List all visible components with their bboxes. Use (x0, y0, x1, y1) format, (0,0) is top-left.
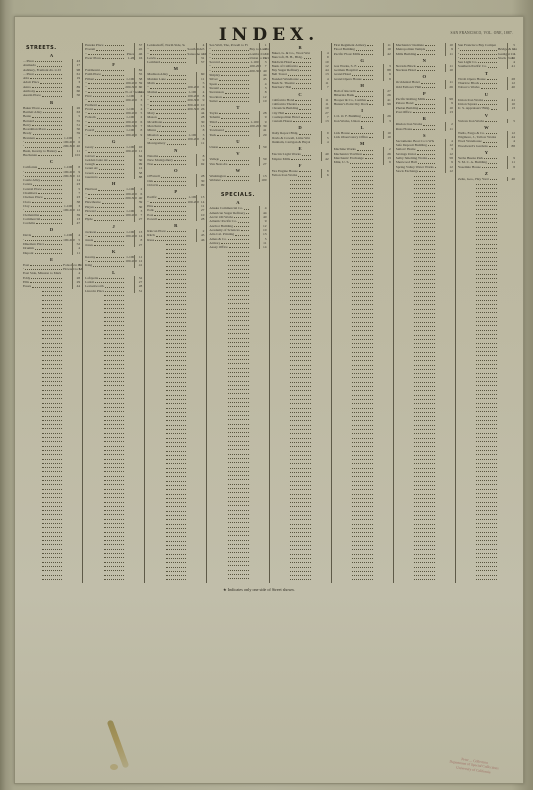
letter-heading: F (85, 62, 142, 67)
leader-dots (42, 459, 63, 460)
letter-heading: J (85, 224, 142, 229)
letter-heading: W (209, 168, 266, 173)
leader-dots (150, 96, 187, 97)
entry-range: 200-300 (250, 69, 259, 73)
leader-dots (476, 420, 497, 421)
entry-page: 101 (72, 153, 80, 157)
leader-dots (104, 484, 125, 485)
leader-dots (212, 67, 249, 68)
leader-dots (290, 296, 311, 297)
leader-dots (352, 206, 373, 207)
leader-dots (352, 545, 373, 546)
leader-dots (42, 446, 63, 447)
leader-dots (25, 142, 62, 143)
leader-dots (42, 463, 63, 464)
leader-dots (290, 274, 311, 275)
leader-dots (285, 113, 310, 114)
leader-dots (414, 455, 435, 456)
entry-page: 27 (134, 243, 142, 247)
entry-page: 40 (507, 85, 515, 89)
leader-dots (290, 283, 311, 284)
leader-dots (42, 454, 63, 455)
leader-dots (228, 462, 249, 463)
leader-dots (352, 562, 373, 563)
footnote: ★ Indicates only one side of Street show… (223, 587, 295, 592)
entry-name: Yosemite House (458, 165, 481, 169)
leader-dots (352, 330, 373, 331)
leader-dots (42, 566, 63, 567)
leader-dots (218, 122, 248, 123)
leader-dots (476, 532, 497, 533)
leader-dots (476, 377, 497, 378)
leader-dots (166, 420, 187, 421)
leader-dots (414, 498, 435, 499)
leader-dots (290, 231, 311, 232)
leader-dots (290, 377, 311, 378)
leader-dots (290, 253, 311, 254)
leader-dots (25, 172, 62, 173)
leader-dots (104, 407, 125, 408)
index-entry: Jones27 (85, 243, 142, 247)
leader-dots (42, 527, 63, 528)
leader-dots (290, 365, 311, 366)
leader-dots (476, 553, 497, 554)
leader-dots (301, 117, 311, 118)
leader-dots (229, 164, 249, 165)
leader-dots (290, 485, 311, 486)
leader-dots (476, 459, 497, 460)
index-entry: Octavia99 (147, 183, 204, 187)
leader-dots (302, 155, 311, 156)
leader-dots (414, 223, 435, 224)
leader-dots (476, 544, 497, 545)
leader-dots (290, 476, 311, 477)
leader-dots (476, 196, 497, 197)
leader-dots (40, 215, 62, 216)
index-entry: "100-2009 (85, 133, 142, 137)
leader-dots (42, 502, 63, 503)
leader-dots (42, 540, 63, 541)
leader-dots (352, 335, 373, 336)
leader-dots (414, 532, 435, 533)
leader-dots (94, 220, 125, 221)
entry-page: 88 (507, 144, 515, 148)
leader-dots (414, 481, 435, 482)
leader-dots (414, 335, 435, 336)
letter-heading: I (334, 108, 391, 113)
leader-dots (363, 154, 373, 155)
leader-dots (295, 100, 310, 101)
index-column: BBaker, G. & Co., Wool Warehouse4Bancrof… (270, 43, 332, 583)
leader-dots (476, 566, 497, 567)
leader-dots (104, 575, 125, 576)
leader-dots (476, 519, 497, 520)
leader-dots (414, 558, 435, 559)
leader-dots (228, 342, 249, 343)
entry-page: 100 (259, 178, 267, 182)
leader-dots (352, 416, 373, 417)
water-stain (107, 719, 130, 768)
leader-dots (42, 338, 63, 339)
leader-dots (414, 442, 435, 443)
leader-dots (414, 193, 435, 194)
leader-dots (42, 523, 63, 524)
leader-dots (290, 326, 311, 327)
leader-dots (42, 304, 63, 305)
leader-dots (104, 347, 125, 348)
leader-dots (476, 317, 497, 318)
entry-name: Second (209, 60, 219, 64)
leader-dots (161, 62, 186, 63)
leader-dots (476, 300, 497, 301)
leader-dots (166, 558, 187, 559)
leader-dots (166, 498, 187, 499)
leader-dots (352, 438, 373, 439)
leader-dots (476, 403, 497, 404)
page-subtitle: SAN FRANCISCO, VOL. ONE, 1887. (451, 31, 513, 35)
leader-dots (290, 352, 311, 353)
leader-dots (290, 562, 311, 563)
leader-dots (361, 121, 373, 122)
leader-dots (31, 206, 63, 207)
leader-dots (38, 168, 62, 169)
entry-name: Hyde (85, 217, 93, 221)
leader-dots (58, 151, 62, 152)
leader-dots (42, 476, 63, 477)
index-entry: U. S. Appraisers' Bldg.13 (458, 106, 515, 110)
leader-dots (352, 339, 373, 340)
leader-dots (104, 489, 125, 490)
leader-dots (212, 54, 249, 55)
entry-name: Noe (147, 162, 153, 166)
entry-name: U. S. Appraisers' Bldg. (458, 106, 490, 110)
leader-dots (42, 484, 63, 485)
leader-dots (352, 386, 373, 387)
leader-dots (161, 177, 187, 178)
leader-dots (352, 408, 373, 409)
leader-dots (228, 424, 249, 425)
leader-dots (352, 352, 373, 353)
leader-dots (36, 91, 62, 92)
leader-dots (166, 296, 187, 297)
leader-dots (104, 544, 125, 545)
leader-dots (290, 446, 311, 447)
leader-dots (228, 269, 249, 270)
leader-dots (104, 493, 125, 494)
leader-dots (228, 535, 249, 536)
leader-dots (291, 159, 311, 160)
leader-dots (414, 313, 435, 314)
leader-dots (352, 446, 373, 447)
index-entry: Guerrero88 (85, 175, 142, 179)
leader-dots (290, 408, 311, 409)
leader-dots (228, 531, 249, 532)
leader-dots (288, 75, 311, 76)
leader-dots (290, 536, 311, 537)
leader-dots (104, 471, 125, 472)
leader-dots (352, 519, 373, 520)
leader-dots (290, 227, 311, 228)
leader-dots (221, 118, 248, 119)
leader-dots (414, 416, 435, 417)
leader-dots (150, 50, 187, 51)
entry-range: 100-200 (125, 98, 134, 102)
leader-dots (352, 506, 373, 507)
entry-page: 11 (445, 127, 453, 131)
leader-dots (42, 433, 63, 434)
letter-heading: F (272, 163, 329, 168)
leader-dots (246, 213, 248, 214)
leader-dots (299, 66, 311, 67)
leader-dots (228, 363, 249, 364)
leader-dots (228, 471, 249, 472)
leader-dots (166, 365, 187, 366)
entry-name: Sea Wall, The, Powell to Fremont (209, 43, 247, 47)
leader-dots (414, 330, 435, 331)
entry-page: 14 (259, 245, 267, 249)
leader-dots (476, 398, 497, 399)
leader-dots (480, 83, 497, 84)
leader-dots (166, 270, 187, 271)
leader-dots (417, 150, 435, 151)
leader-dots (166, 511, 187, 512)
letter-heading: U (458, 92, 515, 97)
leader-dots (228, 325, 249, 326)
leader-dots (483, 142, 497, 143)
leader-dots (417, 66, 435, 67)
leader-dots (228, 561, 249, 562)
entry-page: 3 (383, 119, 391, 123)
leader-dots (352, 287, 373, 288)
leader-dots (476, 454, 497, 455)
leader-dots (32, 117, 62, 118)
leader-dots (476, 394, 497, 395)
leader-dots (352, 489, 373, 490)
letter-heading: B (23, 100, 80, 105)
leader-dots (166, 287, 187, 288)
index-entry: Iron Works, Union3 (334, 119, 391, 123)
leader-dots (42, 489, 63, 490)
leader-dots (220, 88, 248, 89)
entry-name (396, 581, 414, 583)
leader-dots (166, 339, 187, 340)
leader-dots (104, 437, 125, 438)
entry-name (458, 581, 476, 583)
leader-dots (104, 532, 125, 533)
leader-dots (476, 330, 497, 331)
leader-dots (414, 266, 435, 267)
leader-dots (104, 527, 125, 528)
letter-heading: P (147, 189, 204, 194)
leader-dots (290, 420, 311, 421)
entry-name: Lick Observatory Office (334, 135, 368, 139)
leader-dots (42, 325, 63, 326)
leader-dots (42, 360, 63, 361)
leader-dots (484, 100, 497, 101)
entry-page: 26 (445, 85, 453, 89)
leader-dots (476, 390, 497, 391)
leader-dots (362, 117, 373, 118)
leader-dots (104, 394, 125, 395)
index-column: First Regiment Armory11Flood Building10P… (332, 43, 394, 583)
leader-dots (219, 113, 248, 114)
leader-dots (166, 309, 187, 310)
leader-dots (228, 277, 249, 278)
leader-dots (35, 121, 62, 122)
leader-dots (104, 428, 125, 429)
leader-dots (42, 394, 63, 395)
leader-dots (221, 75, 248, 76)
leader-dots (290, 459, 311, 460)
leader-dots (352, 459, 373, 460)
leader-dots (228, 570, 249, 571)
leader-dots (228, 320, 249, 321)
leader-dots (290, 558, 311, 559)
leader-dots (166, 335, 187, 336)
leader-dots (476, 467, 497, 468)
leader-dots (415, 104, 435, 105)
index-entry: Odd Fellows' Hall26 (396, 85, 453, 89)
leader-dots (476, 239, 497, 240)
leader-dots (414, 261, 435, 262)
scanned-page-background: INDEX. SAN FRANCISCO, VOL. ONE, 1887. ST… (0, 0, 533, 790)
leader-dots (104, 334, 125, 335)
leader-dots (290, 184, 311, 185)
leader-dots (423, 125, 435, 126)
leader-dots (365, 158, 373, 159)
leader-dots (413, 129, 434, 130)
leader-dots (37, 66, 62, 67)
entry-range: 100-200 (125, 149, 134, 153)
letter-heading: G (85, 139, 142, 144)
entry-range: 100-200 (187, 200, 196, 204)
leader-dots (104, 540, 125, 541)
letter-heading: A (23, 53, 80, 58)
specials-heading: SPECIALS. (209, 192, 266, 198)
entry-page: 42 (383, 52, 391, 56)
leader-dots (42, 411, 63, 412)
leader-dots (104, 364, 125, 365)
leader-dots (428, 145, 435, 146)
leader-dots (104, 570, 125, 571)
entry-name: Kearny (85, 255, 95, 259)
leader-dots (104, 553, 125, 554)
leader-dots (414, 390, 435, 391)
page-title: INDEX. (15, 25, 523, 45)
entry-name: Ewer Place (85, 56, 101, 60)
leader-dots (290, 549, 311, 550)
leader-dots (476, 514, 497, 515)
leader-dots (352, 382, 373, 383)
leader-dots (476, 476, 497, 477)
leader-dots (290, 433, 311, 434)
index-entry: Nucleus Hotel10 (396, 68, 453, 72)
leader-dots (352, 176, 373, 177)
entry-name: Dunham, Carrigan & Hayden (272, 140, 310, 144)
entry-name: California (23, 165, 37, 169)
leader-dots (154, 215, 186, 216)
letter-heading: N (147, 148, 204, 153)
leader-dots (352, 511, 373, 512)
leader-dots (476, 428, 497, 429)
leader-dots (476, 192, 497, 193)
leader-dots (419, 108, 434, 109)
index-entry: Southern Pacific Co.41 (458, 64, 515, 68)
letter-heading: A (209, 200, 266, 205)
leader-dots (104, 506, 125, 507)
leader-dots (352, 227, 373, 228)
leader-dots (414, 231, 435, 232)
entry-page: 44 (72, 284, 80, 288)
leader-dots (476, 523, 497, 524)
leader-dots (352, 347, 373, 348)
leader-dots (414, 214, 435, 215)
library-stamp: Peter ... CollectionDepartment of Specia… (438, 754, 509, 777)
leader-dots (476, 540, 497, 541)
leader-dots (234, 217, 248, 218)
leader-dots (352, 292, 373, 293)
leader-dots (414, 201, 435, 202)
leader-dots (290, 335, 311, 336)
leader-dots (157, 58, 187, 59)
letter-heading: D (272, 125, 329, 130)
leader-dots (220, 160, 248, 161)
entry-name: " (85, 133, 86, 137)
leader-dots (476, 338, 497, 339)
leader-dots (290, 257, 311, 258)
leader-dots (99, 278, 124, 279)
leader-dots (290, 249, 311, 250)
leader-dots (156, 236, 187, 237)
entry-name: Nucleus Hotel (396, 68, 416, 72)
leader-dots (104, 459, 125, 460)
leader-dots (299, 109, 310, 110)
leader-dots (33, 185, 62, 186)
entry-page: 9 (134, 133, 142, 137)
leader-dots (290, 356, 311, 357)
entry-page: 13 (321, 119, 329, 123)
leader-dots (414, 227, 435, 228)
entry-page: 8 (507, 165, 515, 169)
leader-dots (104, 476, 125, 477)
leader-dots (42, 373, 63, 374)
leader-dots (42, 295, 63, 296)
leader-dots (228, 428, 249, 429)
leader-dots (228, 510, 249, 511)
entry-name: Butchers' Hall (272, 85, 292, 89)
leader-dots (414, 274, 435, 275)
leader-dots (476, 343, 497, 344)
leader-dots (166, 395, 187, 396)
entry-name: Market (147, 90, 157, 94)
leader-dots (290, 313, 311, 314)
leader-dots (414, 339, 435, 340)
leader-dots (487, 79, 497, 80)
leader-dots (41, 108, 62, 109)
leader-dots (167, 231, 187, 232)
leader-dots (45, 244, 62, 245)
leader-dots (367, 100, 372, 101)
leader-dots (290, 193, 311, 194)
letter-heading: V (209, 151, 266, 156)
leader-dots (104, 523, 125, 524)
entry-range: 100-200 (250, 124, 259, 128)
leader-dots (228, 548, 249, 549)
leader-dots (166, 438, 187, 439)
leader-dots (166, 283, 187, 284)
letter-heading: Z (458, 171, 515, 176)
leader-dots (485, 121, 497, 122)
